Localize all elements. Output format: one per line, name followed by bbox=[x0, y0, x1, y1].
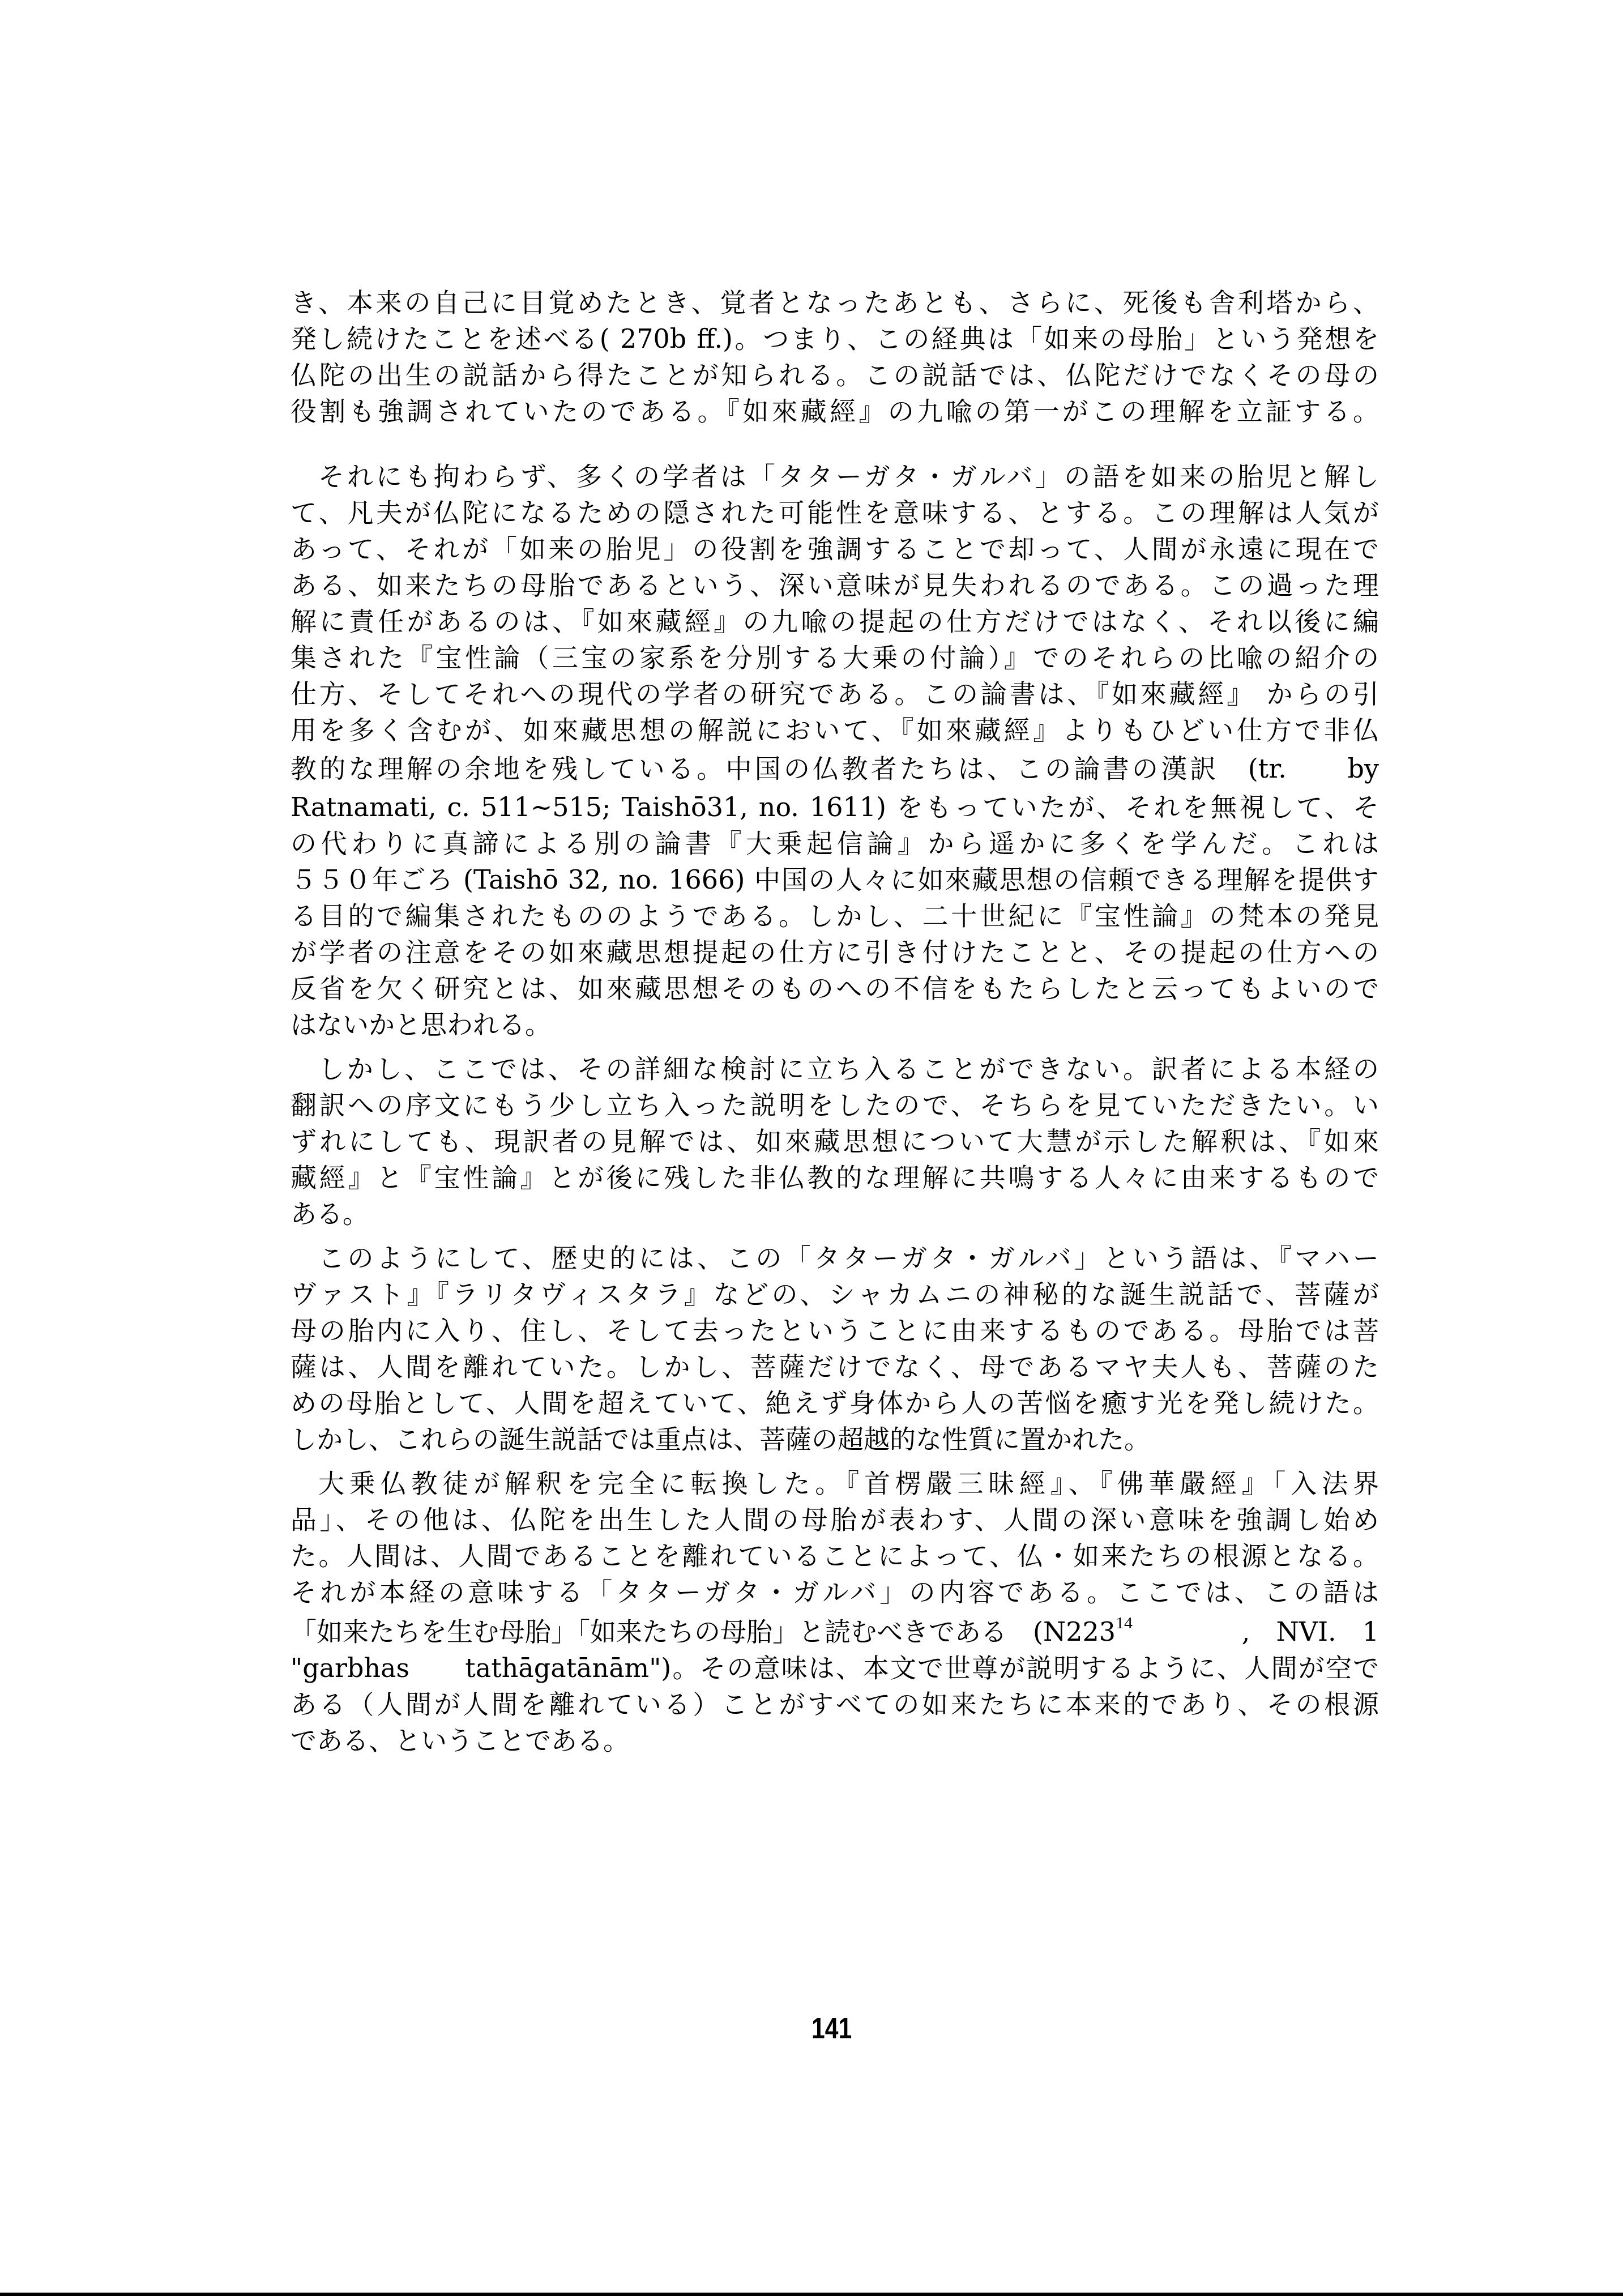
text-line: 教的な理解の余地を残している。中国の仏教者たちは、この論書の漢訳 (tr. by bbox=[291, 752, 1379, 785]
text-segment: , NVI. 1 bbox=[1242, 1615, 1379, 1648]
text-segment-group: 「如来たちを生む母胎」「如来たちの母胎」と読むべきである (N22314 bbox=[291, 1615, 1133, 1648]
text-line: 解に責任があるのは、『如來藏經』の九喩の提起の仕方だけではなく、それ以後に編 bbox=[291, 605, 1379, 638]
footnote-reference[interactable]: 14 bbox=[1116, 1614, 1133, 1632]
page-number: 141 bbox=[811, 2012, 858, 2046]
text-line: ヴァスト』『ラリタヴィスタラ』などの、シャカムニの神秘的な誕生説話で、菩薩が bbox=[291, 1278, 1379, 1311]
text-line: 薩は、人間を離れていた。しかし、菩薩だけでなく、母であるマヤ夫人も、菩薩のた bbox=[291, 1350, 1379, 1383]
text-line: しかし、ここでは、その詳細な検討に立ち入ることができない。訳者による本経の bbox=[291, 1052, 1379, 1085]
text-line: 用を多く含むが、如來藏思想の解説において、『如來藏經』よりもひどい仕方で非仏 bbox=[291, 714, 1379, 746]
text-line: の代わりに真諦による別の論書『大乗起信論』から遥かに多くを学んだ。これは bbox=[291, 827, 1379, 860]
text-line-with-footnote: 「如来たちを生む母胎」「如来たちの母胎」と読むべきである (N22314, NV… bbox=[291, 1615, 1379, 1648]
text-line: それにも拘わらず、多くの学者は「タターガタ・ガルバ」の語を如来の胎児と解し bbox=[291, 460, 1379, 493]
text-line: それが本経の意味する「タターガタ・ガルバ」の内容である。ここでは、この語は bbox=[291, 1576, 1379, 1608]
scan-edge-bar bbox=[0, 2293, 1623, 2296]
text-line-citation: Ratnamati, c. 511~515; Taishō31, no. 161… bbox=[291, 791, 1379, 823]
text-line: 反省を欠く研究とは、如來藏思想そのものへの不信をもたらしたと云ってもよいので bbox=[291, 972, 1379, 1005]
text-line: "garbhas tathāgatānām")。その意味は、本文で世尊が説明する… bbox=[291, 1651, 1379, 1684]
text-line: き、本来の自己に目覚めたとき、覚者となったあとも、さらに、死後も舎利塔から、 bbox=[291, 286, 1379, 319]
text-line: が学者の注意をその如來藏思想提起の仕方に引き付けたことと、その提起の仕方への bbox=[291, 936, 1379, 968]
text-line: て、凡夫が仏陀になるための隠された可能性を意味する、とする。この理解は人気が bbox=[291, 496, 1379, 529]
text-line: ある、如来たちの母胎であるという、深い意味が見失われるのである。この過った理 bbox=[291, 569, 1379, 601]
text-line-citation: ５５０年ごろ (Taishō 32, no. 1666) 中国の人々に如來藏思想… bbox=[291, 863, 1379, 896]
text-line: 品」、その他は、仏陀を出生した人間の母胎が表わす、人間の深い意味を強調し始め bbox=[291, 1503, 1379, 1536]
text-line: めの母胎として、人間を超えていて、絶えず身体から人の苦悩を癒す光を発し続けた。 bbox=[291, 1386, 1379, 1419]
text-line: る目的で編集されたもののようである。しかし、二十世紀に『宝性論』の梵本の発見 bbox=[291, 899, 1379, 932]
text-line: た。人間は、人間であることを離れていることによって、仏・如来たちの根源となる。 bbox=[291, 1539, 1379, 1572]
text-line: ずれにしても、現訳者の見解では、如來藏思想について大慧が示した解釈は、『如來 bbox=[291, 1125, 1379, 1158]
text-line: はないかと思われる。 bbox=[291, 1008, 1379, 1041]
text-line: である、ということである。 bbox=[291, 1724, 1379, 1757]
text-line: 翻訳への序文にもう少し立ち入った説明をしたので、そちらを見ていただきたい。い bbox=[291, 1089, 1379, 1121]
text-line: ある。 bbox=[291, 1197, 1379, 1230]
text-line: 仕方、そしてそれへの現代の学者の研究である。この論書は、『如來藏經』 からの引 bbox=[291, 677, 1379, 710]
text-line: このようにして、歴史的には、この「タターガタ・ガルバ」という語は、『マハー bbox=[291, 1241, 1379, 1274]
text-line: 藏經』と『宝性論』とが後に残した非仏教的な理解に共鳴する人々に由来するもので bbox=[291, 1161, 1379, 1194]
text-line: 母の胎内に入り、住し、そして去ったということに由来するものである。母胎では菩 bbox=[291, 1314, 1379, 1347]
text-line: あって、それが「如来の胎児」の役割を強調することで却って、人間が永遠に現在で bbox=[291, 532, 1379, 565]
text-line: 集された『宝性論（三宝の家系を分別する大乗の付論）』でのそれらの比喩の紹介の bbox=[291, 641, 1379, 674]
text-line: ある（人間が人間を離れている）ことがすべての如来たちに本来的であり、その根源 bbox=[291, 1688, 1379, 1721]
text-line: 発し続けたことを述べる( 270b ff.)。つまり、この経典は「如来の母胎」と… bbox=[291, 322, 1379, 355]
text-line: しかし、これらの誕生説話では重点は、菩薩の超越的な性質に置かれた。 bbox=[291, 1423, 1379, 1456]
document-page: き、本来の自己に目覚めたとき、覚者となったあとも、さらに、死後も舎利塔から、 発… bbox=[0, 0, 1623, 2296]
text-line: 役割も強調されていたのである。『如來藏經』の九喩の第一がこの理解を立証する。 bbox=[291, 395, 1379, 428]
text-line: 大乗仏教徒が解釈を完全に転換した。『首楞嚴三昧經』、『佛華嚴經』「入法界 bbox=[291, 1467, 1379, 1500]
text-line: 仏陀の出生の説話から得たことが知られる。この説話では、仏陀だけでなくその母の bbox=[291, 359, 1379, 391]
text-segment: 「如来たちを生む母胎」「如来たちの母胎」と読むべきである (N223 bbox=[291, 1616, 1116, 1647]
